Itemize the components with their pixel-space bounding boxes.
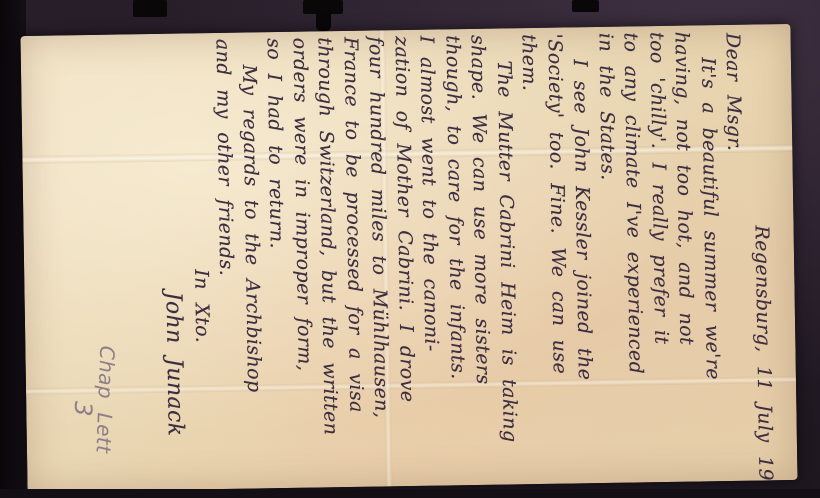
mounting-clip [572,0,599,12]
letter-text: Regensburg, 11 July 1946 Dear Msgr. It's… [26,30,778,476]
background-bottom-strip [0,489,820,498]
pencil-number: 3 [67,401,95,476]
mounting-clip-tongue [316,0,331,31]
closing: In Xto. [188,269,217,473]
dateline: Regensburg, 11 July 1946 [748,225,777,464]
signature: John Junack [159,291,191,473]
photo-of-letter: Regensburg, 11 July 1946 Dear Msgr. It's… [0,0,820,498]
mounting-clip [133,0,167,17]
letter-paper: Regensburg, 11 July 1946 Dear Msgr. It's… [20,24,797,492]
